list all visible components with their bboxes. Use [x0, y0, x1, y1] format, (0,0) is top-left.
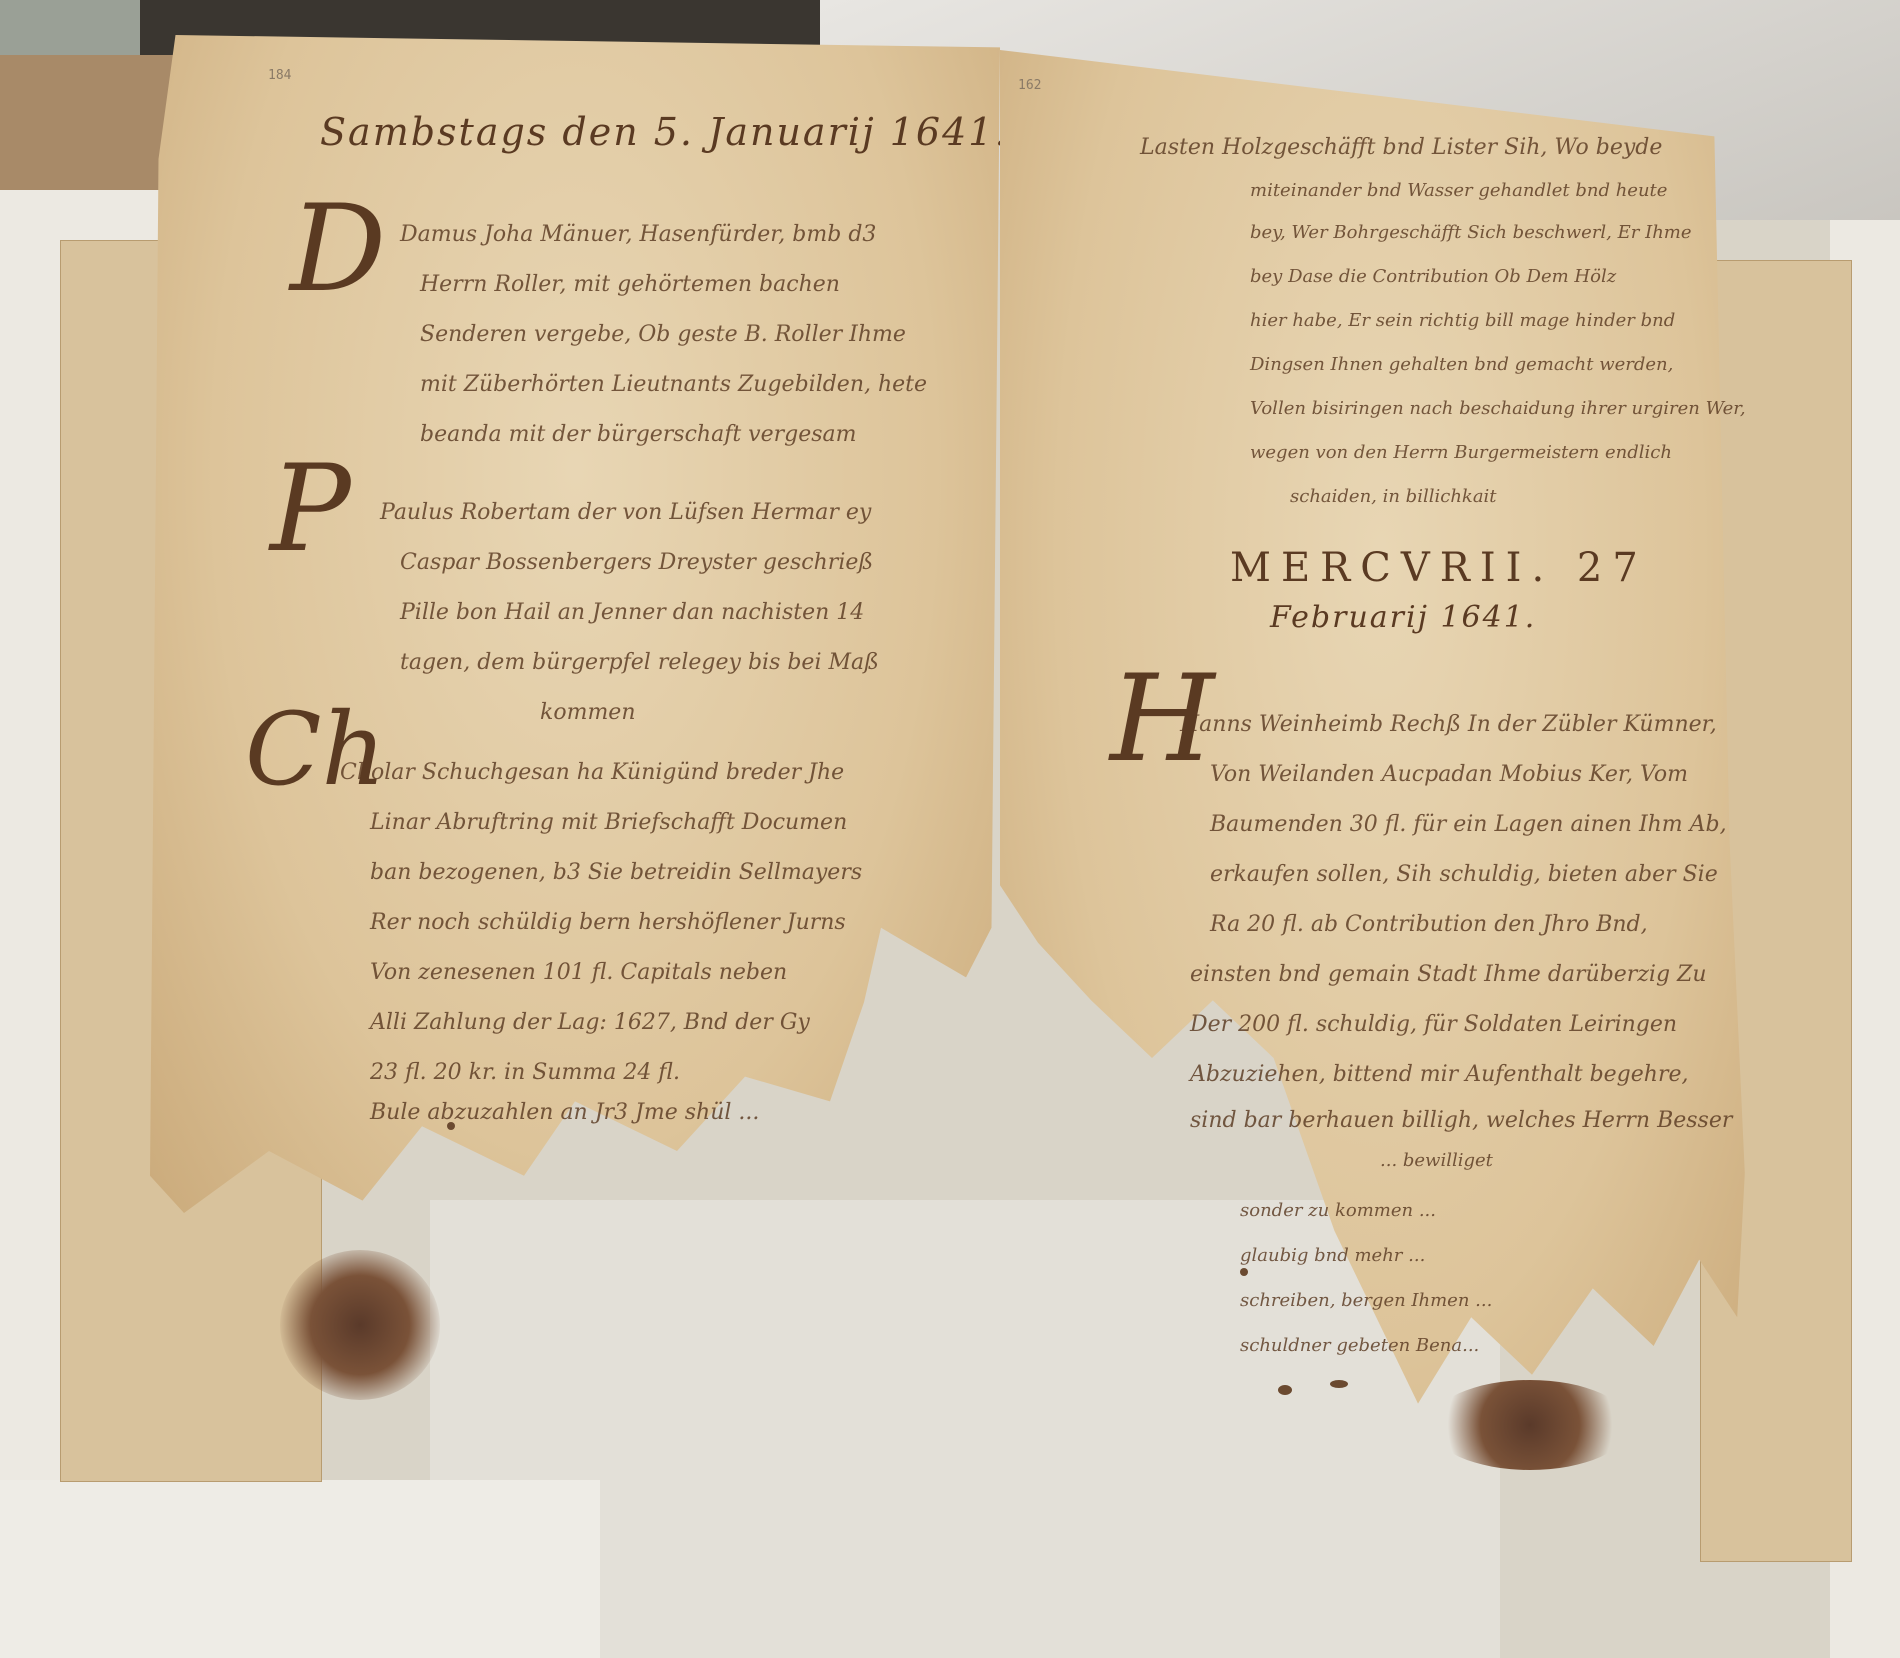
entry-line: Bule abzuzahlen an Jr3 Jme shül ...	[370, 1100, 759, 1125]
entry-line: Ra 20 fl. ab Contribution den Jhro Bnd,	[1210, 912, 1648, 937]
entry-line: ... bewilliget	[1380, 1150, 1493, 1171]
entry-line: Herrn Roller, mit gehörtemen bachen	[420, 272, 840, 297]
entry-line: beanda mit der bürgerschaft vergesam	[420, 422, 857, 447]
entry-initial: P	[270, 450, 351, 570]
entry-initial: Ch	[245, 700, 386, 800]
entry-line: Von Weilanden Aucpadan Mobius Ker, Vom	[1210, 762, 1688, 787]
entry-line: Der 200 fl. schuldig, für Soldaten Leiri…	[1190, 1012, 1677, 1037]
entry-line: Damus Joha Mänuer, Hasenfürder, bmb d3	[400, 222, 876, 247]
opening-line: bey Dase die Contribution Ob Dem Hölz	[1250, 266, 1616, 287]
entry-line: Caspar Bossenbergers Dreyster geschrieß	[400, 550, 873, 575]
entry-line: Baumenden 30 fl. für ein Lagen ainen Ihm…	[1210, 812, 1727, 837]
worm-hole	[1240, 1268, 1248, 1276]
entry-line: Pille bon Hail an Jenner dan nachisten 1…	[400, 600, 864, 625]
opening-line: Lasten Holzgeschäfft bnd Lister Sih, Wo …	[1140, 135, 1662, 160]
entry-line: Linar Abruftring mit Briefschafft Docume…	[370, 810, 847, 835]
opening-line: hier habe, Er sein richtig bill mage hin…	[1250, 310, 1675, 331]
opening-line: Dingsen Ihnen gehalten bnd gemacht werde…	[1250, 354, 1673, 375]
entry-line: ban bezogenen, b3 Sie betreidin Sellmaye…	[370, 860, 862, 885]
entry-line: sind bar berhauen billigh, welches Herrn…	[1190, 1108, 1732, 1133]
folio-number-left: 184	[268, 68, 291, 83]
entry-line: Senderen vergebe, Ob geste B. Roller Ihm…	[420, 322, 906, 347]
left-page-heading: Sambstags den 5. Januarij 1641.	[320, 110, 1009, 154]
entry-line: einsten bnd gemain Stadt Ihme darüberzig…	[1190, 962, 1706, 987]
burn-damage	[280, 1250, 440, 1400]
entry-line: glaubig bnd mehr ...	[1240, 1245, 1425, 1266]
folio-number-right: 162	[1018, 78, 1041, 93]
burn-damage	[1430, 1380, 1630, 1470]
entry-line: Hanns Weinheimb Rechß In der Zübler Kümn…	[1180, 712, 1717, 737]
opening-line: Vollen bisiringen nach beschaidung ihrer…	[1250, 398, 1746, 419]
background-sheet-bottom	[0, 1480, 600, 1658]
worm-hole	[1278, 1385, 1292, 1395]
worm-hole	[1330, 1380, 1348, 1388]
opening-line: bey, Wer Bohrgeschäfft Sich beschwerl, E…	[1250, 222, 1692, 243]
entry-line: Rer noch schüldig bern hershöflener Jurn…	[370, 910, 846, 935]
entry-line: Paulus Robertam der von Lüfsen Hermar ey	[380, 500, 871, 525]
entry-line: kommen	[540, 700, 636, 725]
opening-line: wegen von den Herrn Burgermeistern endli…	[1250, 442, 1672, 463]
entry-line: schuldner gebeten Bena...	[1240, 1335, 1479, 1356]
entry-line: tagen, dem bürgerpfel relegey bis bei Ma…	[400, 650, 879, 675]
opening-line: schaiden, in billichkait	[1290, 486, 1497, 507]
entry-line: Alli Zahlung der Lag: 1627, Bnd der Gy	[370, 1010, 810, 1035]
entry-line: erkaufen sollen, Sih schuldig, bieten ab…	[1210, 862, 1718, 887]
entry-line: Cholar Schuchgesan ha Künigünd breder Jh…	[340, 760, 844, 785]
entry-line: 23 fl. 20 kr. in Summa 24 fl.	[370, 1060, 680, 1085]
right-page-heading-day: MERCVRII. 27	[1230, 545, 1648, 591]
entry-line: Von zenesenen 101 fl. Capitals neben	[370, 960, 787, 985]
entry-initial: D	[290, 190, 386, 310]
entry-line: mit Züberhörten Lieutnants Zugebilden, h…	[420, 372, 927, 397]
entry-line: schreiben, bergen Ihmen ...	[1240, 1290, 1492, 1311]
entry-line: sonder zu kommen ...	[1240, 1200, 1436, 1221]
opening-line: miteinander bnd Wasser gehandlet bnd heu…	[1250, 180, 1667, 201]
entry-line: Abzuziehen, bittend mir Aufenthalt begeh…	[1190, 1062, 1688, 1087]
right-page-heading-date: Februarij 1641.	[1270, 600, 1536, 635]
worm-hole	[447, 1122, 455, 1130]
